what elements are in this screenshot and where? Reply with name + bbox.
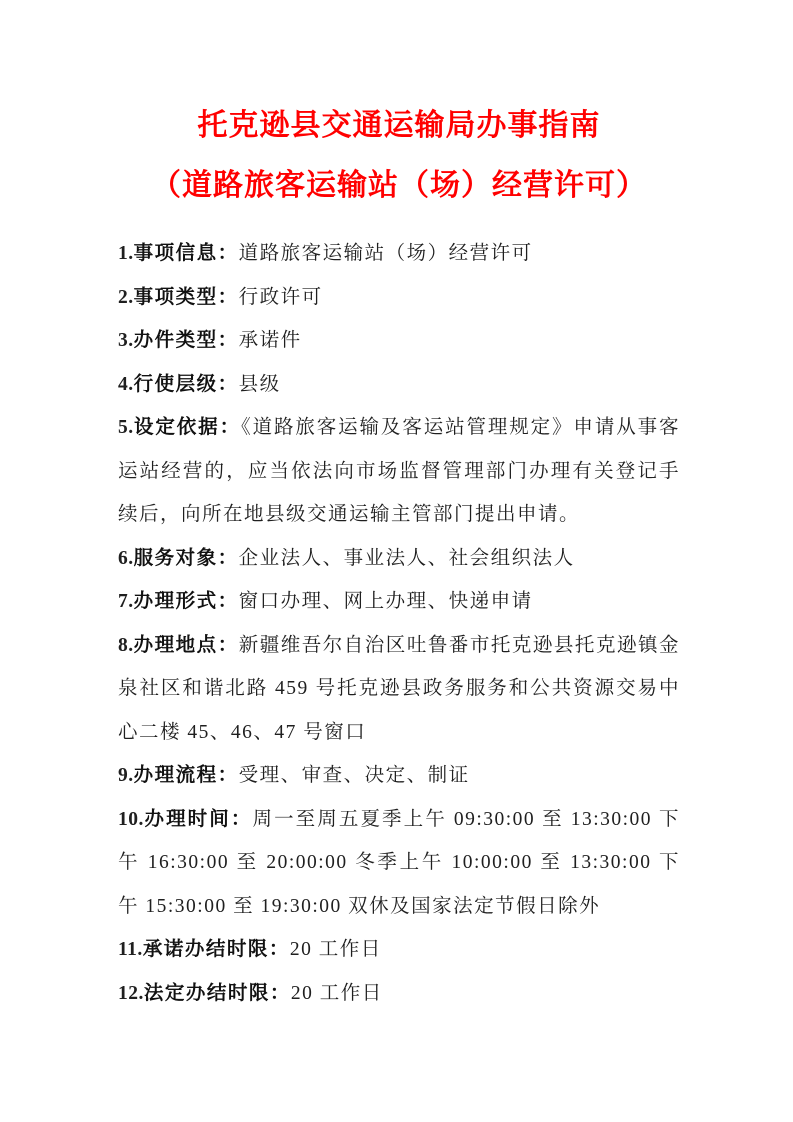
guide-item-7: 7.办理形式：窗口办理、网上办理、快递申请: [118, 580, 680, 624]
item-number: 8.: [118, 635, 134, 656]
guide-item-12: 12.法定办结时限：20 工作日: [118, 972, 680, 1016]
document-page: 托克逊县交通运输局办事指南 （道路旅客运输站（场）经营许可） 1.事项信息：道路…: [0, 0, 793, 1122]
item-value: 20 工作日: [290, 939, 382, 960]
item-number: 5.: [118, 417, 134, 438]
item-label: 办件类型：: [134, 329, 239, 351]
guide-item-9: 9.办理流程：受理、审查、决定、制证: [118, 754, 680, 798]
guide-item-2: 2.事项类型：行政许可: [118, 276, 680, 320]
item-label: 服务对象：: [134, 547, 239, 569]
guide-item-6: 6.服务对象：企业法人、事业法人、社会组织法人: [118, 537, 680, 581]
item-label: 事项类型：: [134, 286, 239, 308]
item-number: 12.: [118, 983, 144, 1004]
guide-items: 1.事项信息：道路旅客运输站（场）经营许可 2.事项类型：行政许可 3.办件类型…: [118, 232, 680, 1015]
item-label: 设定依据：: [134, 416, 241, 438]
item-number: 10.: [118, 809, 144, 830]
item-number: 7.: [118, 591, 134, 612]
item-value: 企业法人、事业法人、社会组织法人: [239, 548, 575, 569]
item-label: 承诺办结时限：: [143, 938, 290, 960]
item-label: 办理时间：: [144, 808, 253, 830]
item-value: 行政许可: [239, 287, 323, 308]
item-number: 2.: [118, 287, 134, 308]
item-label: 办理地点：: [134, 634, 239, 656]
document-content: 托克逊县交通运输局办事指南 （道路旅客运输站（场）经营许可） 1.事项信息：道路…: [118, 96, 680, 1015]
item-number: 3.: [118, 330, 134, 351]
item-label: 事项信息：: [134, 242, 239, 264]
item-number: 6.: [118, 548, 134, 569]
item-label: 办理流程：: [134, 764, 239, 786]
guide-item-1: 1.事项信息：道路旅客运输站（场）经营许可: [118, 232, 680, 276]
guide-item-10: 10.办理时间：周一至周五夏季上午 09:30:00 至 13:30:00 下午…: [118, 798, 680, 929]
item-number: 9.: [118, 765, 134, 786]
item-value: 道路旅客运输站（场）经营许可: [239, 243, 533, 264]
item-value: 受理、审查、决定、制证: [239, 765, 470, 786]
guide-item-8: 8.办理地点：新疆维吾尔自治区吐鲁番市托克逊县托克逊镇金泉社区和谐北路 459 …: [118, 624, 680, 755]
item-number: 4.: [118, 374, 134, 395]
item-value: 县级: [239, 374, 281, 395]
document-title-line-2: （道路旅客运输站（场）经营许可）: [118, 156, 680, 216]
document-title-line-1: 托克逊县交通运输局办事指南: [118, 96, 680, 156]
document-title: 托克逊县交通运输局办事指南 （道路旅客运输站（场）经营许可）: [118, 96, 680, 216]
guide-item-3: 3.办件类型：承诺件: [118, 319, 680, 363]
item-value: 承诺件: [239, 330, 302, 351]
guide-item-5: 5.设定依据：《道路旅客运输及客运站管理规定》申请从事客运站经营的，应当依法向市…: [118, 406, 680, 537]
item-number: 11.: [118, 939, 143, 960]
item-label: 办理形式：: [134, 590, 239, 612]
item-value: 窗口办理、网上办理、快递申请: [239, 591, 533, 612]
item-label: 行使层级：: [134, 373, 239, 395]
guide-item-11: 11.承诺办结时限：20 工作日: [118, 928, 680, 972]
guide-item-4: 4.行使层级：县级: [118, 363, 680, 407]
item-number: 1.: [118, 243, 134, 264]
item-value: 20 工作日: [291, 983, 383, 1004]
item-label: 法定办结时限：: [144, 982, 291, 1004]
